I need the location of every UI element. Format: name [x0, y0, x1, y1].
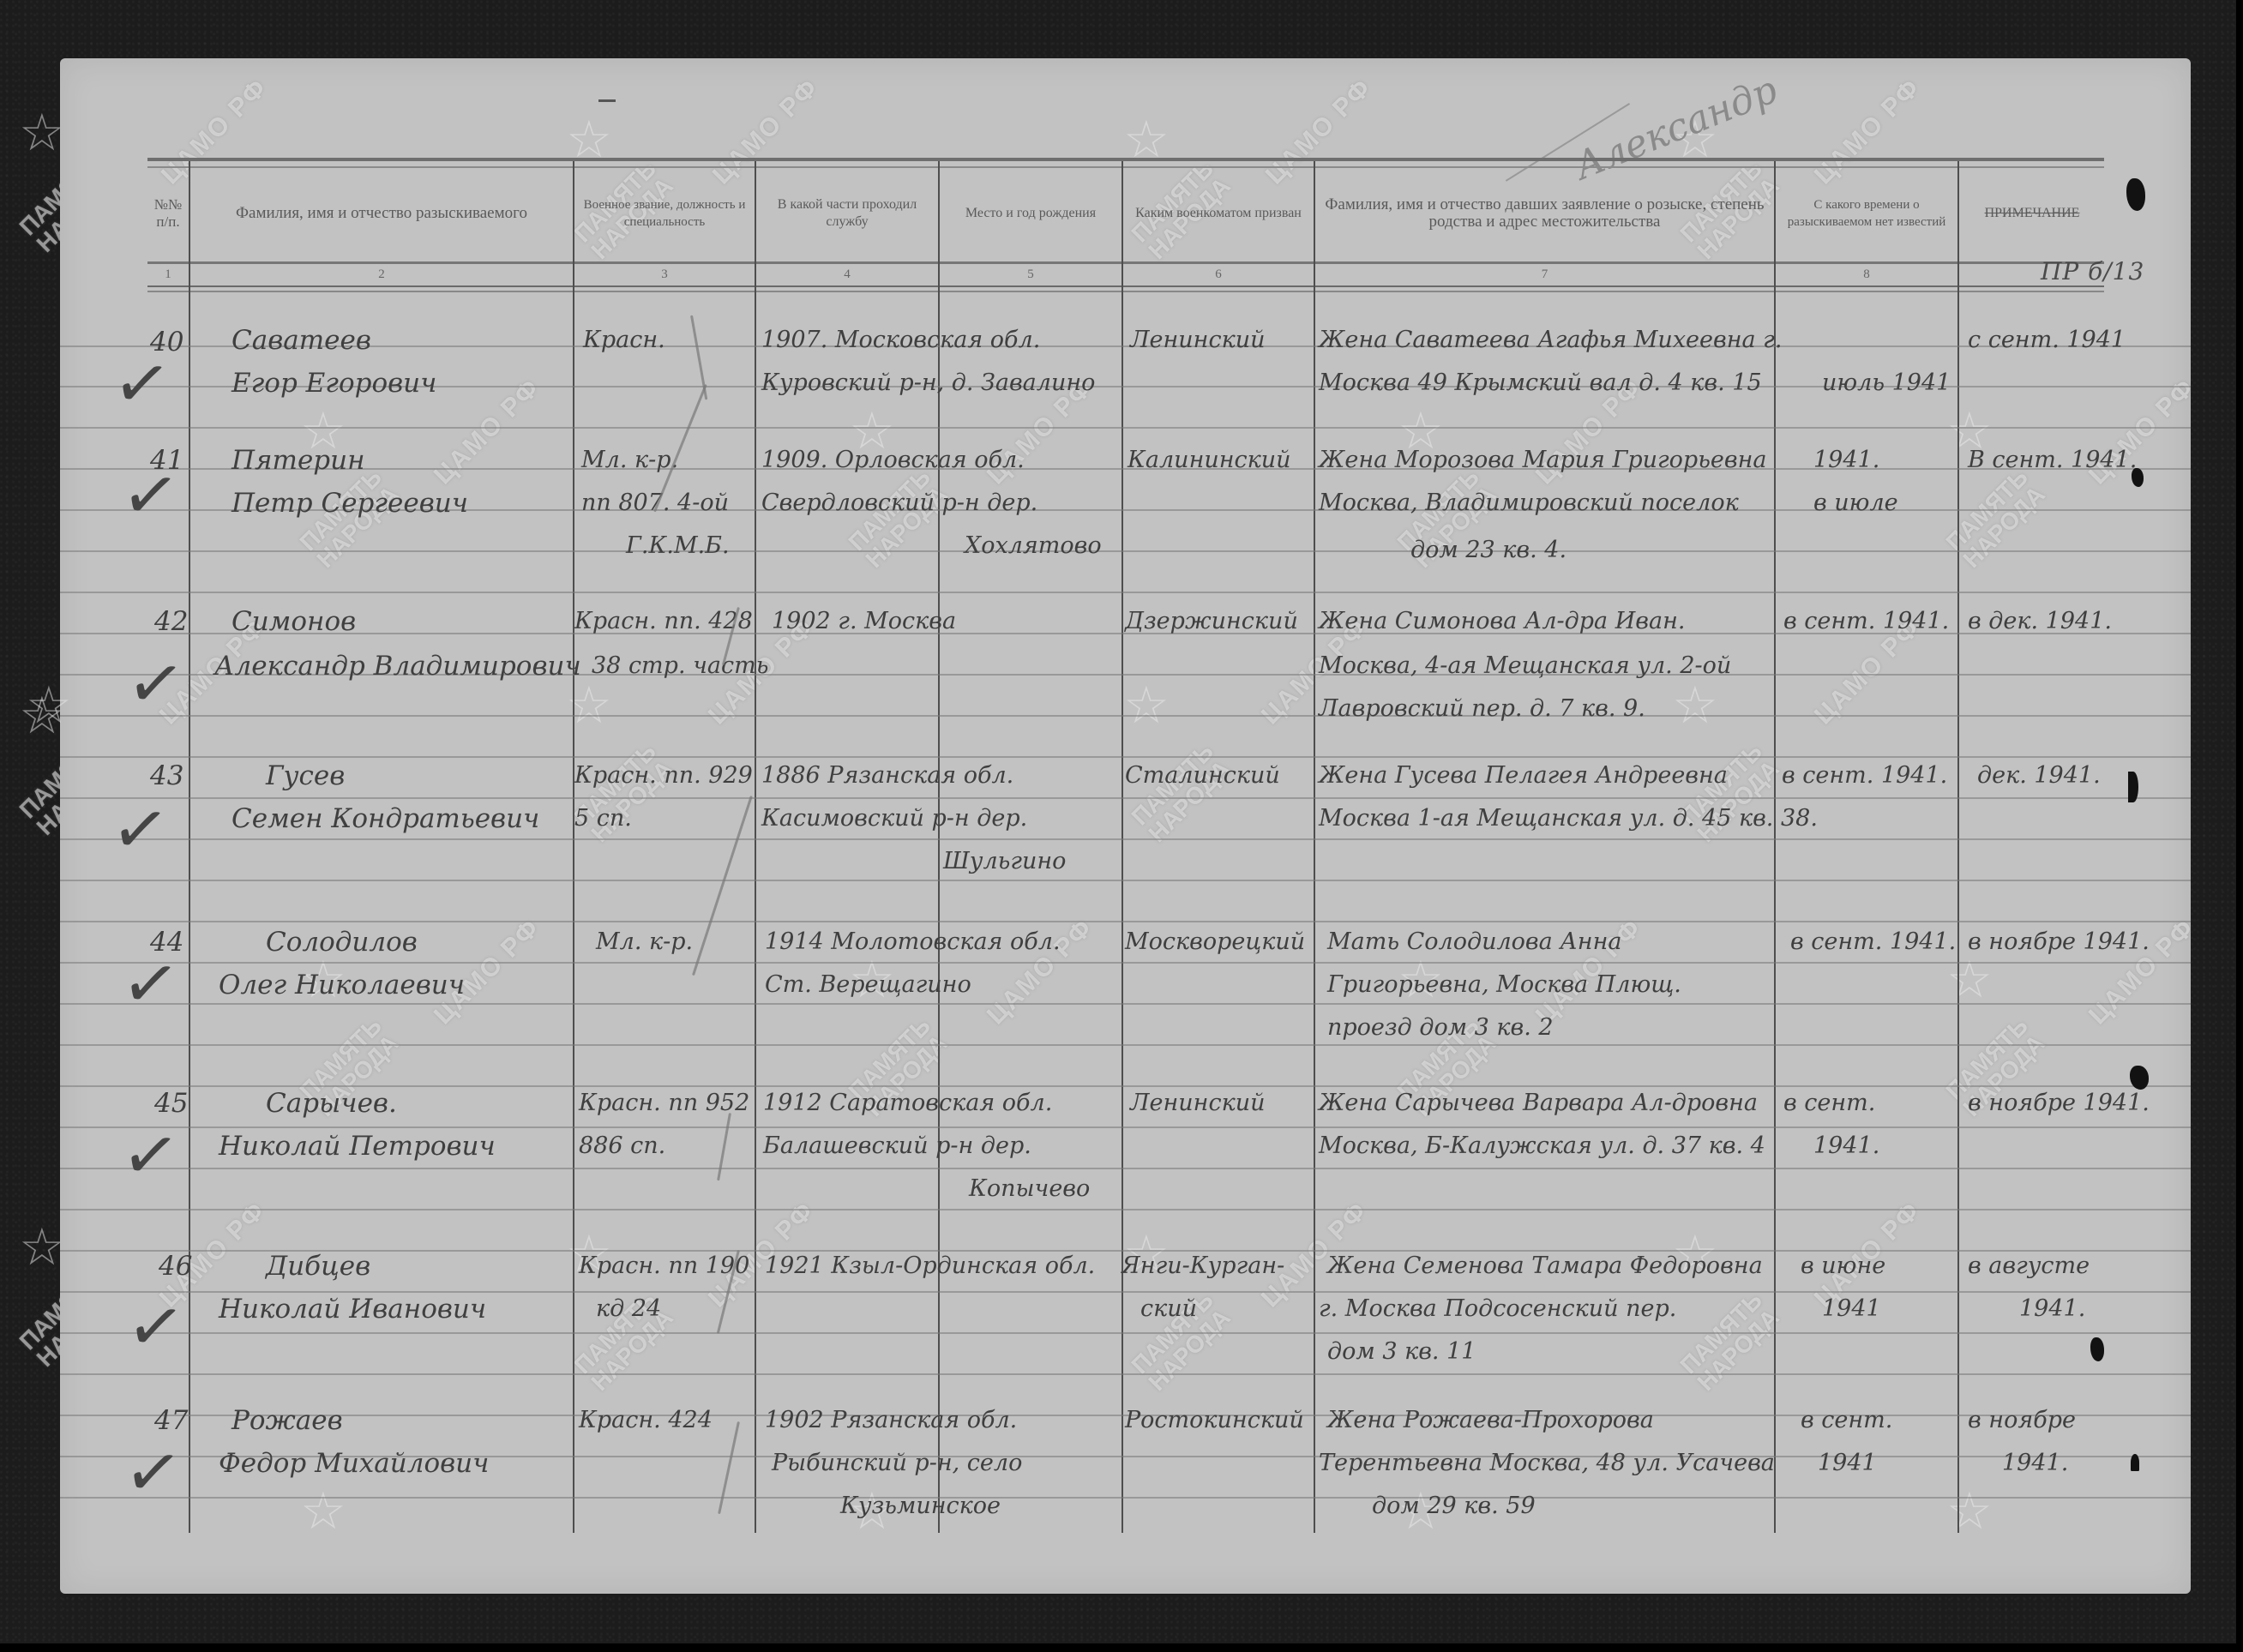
birth-info: Копычево: [969, 1164, 1090, 1214]
soldier-rank: кд 24: [596, 1284, 661, 1334]
birth-info: Кузьминское: [840, 1481, 1001, 1531]
soldier-rank: 886 сп.: [579, 1121, 665, 1171]
column-header-birthplace: Место и год рождения: [940, 168, 1121, 258]
pencil-check-mark: [692, 796, 753, 976]
soldier-given-names: Петр Сергеевич: [232, 478, 468, 528]
soldier-given-names: Николай Иванович: [219, 1284, 486, 1334]
checkmark-icon: ✓: [123, 1289, 189, 1366]
voenkomat: Москворецкий: [1125, 917, 1305, 967]
applicant-info: Москва 1-ая Мещанская ул. д. 45 кв. 38.: [1319, 794, 1818, 844]
checkmark-icon: ✓: [107, 792, 174, 868]
remark: в дек. 1941.: [1968, 597, 2112, 646]
star-watermark-icon: ☆: [1946, 1481, 1993, 1541]
soldier-surname: Симонов: [232, 597, 356, 646]
applicant-info: проезд дом 3 кв. 2: [1327, 1003, 1554, 1053]
watermark-pamyat: ПАМЯТЬНАРОДА: [1676, 1288, 1783, 1395]
soldier-rank: 5 сп.: [574, 794, 632, 844]
applicant-info: Лавровский пер. д. 7 кв. 9.: [1319, 684, 1645, 734]
column-divider: [755, 161, 756, 1533]
pen-mark: [598, 99, 616, 102]
no-news-since: в июле: [1813, 478, 1898, 528]
column-header-name: Фамилия, имя и отчество разыскиваемого: [190, 168, 573, 258]
column-header-rank: Военное звание, должность и специальност…: [574, 168, 755, 258]
remark: в ноябре 1941.: [1968, 917, 2150, 967]
no-news-since: в сент. 1941.: [1790, 917, 1956, 967]
soldier-given-names: Федор Михайлович: [219, 1439, 489, 1488]
column-number: 2: [190, 267, 573, 285]
voenkomat: ский: [1140, 1284, 1197, 1334]
document-page: ЦАМО РФ ЦАМО РФ ЦАМО РФ ЦАМО РФ ☆ ПАМЯТЬ…: [60, 58, 2191, 1594]
column-divider: [1957, 161, 1959, 1533]
column-header-remarks: ПРИМЕЧАНИЕ: [1959, 168, 2105, 258]
column-header-voenkomat: Каким военкоматом призван: [1123, 168, 1314, 258]
paper-damage: [2090, 1337, 2104, 1361]
column-number: 3: [574, 267, 755, 285]
column-number: 5: [940, 267, 1121, 285]
no-news-since: 1941: [1822, 1284, 1881, 1334]
applicant-info: дом 3 кв. 11: [1327, 1327, 1476, 1377]
remark: В сент. 1941.: [1968, 436, 2137, 485]
column-header-unit: В какой части проходил службу: [756, 168, 938, 258]
voenkomat: Ленинский: [1130, 1078, 1266, 1128]
checkmark-icon: ✓: [117, 1118, 184, 1194]
row-number: 42: [154, 597, 188, 646]
column-divider: [1121, 161, 1123, 1533]
applicant-info: дом 23 кв. 4.: [1410, 526, 1566, 575]
column-number: 1: [147, 267, 189, 285]
paper-damage: [2126, 178, 2145, 211]
column-divider: [573, 161, 574, 1533]
ruled-line: [60, 345, 2191, 347]
soldier-rank: Красн. пп. 428: [574, 597, 753, 646]
remark: дек. 1941.: [1977, 751, 2101, 801]
voenkomat: Дзержинский: [1125, 597, 1298, 646]
column-divider: [1314, 161, 1315, 1533]
soldier-given-names: Николай Петрович: [219, 1121, 496, 1171]
remark: 1941.: [2002, 1439, 2068, 1488]
applicant-info: Москва, Владимировский поселок: [1319, 478, 1739, 528]
no-news-since: 1941: [1818, 1439, 1877, 1488]
ruled-line: [60, 427, 2191, 429]
voenkomat: Ростокинский: [1125, 1396, 1304, 1445]
no-news-since: 1941.: [1813, 1121, 1879, 1171]
birth-info: 1921 Кзыл-Ординская обл.: [765, 1241, 1095, 1291]
remark: с сент. 1941: [1968, 315, 2126, 365]
remark: 1941.: [2019, 1284, 2085, 1334]
ruled-line: [60, 715, 2191, 717]
ruled-line: [60, 592, 2191, 593]
soldier-rank: Красн.: [583, 315, 665, 365]
column-divider: [1774, 161, 1776, 1533]
star-watermark-icon: ☆: [300, 1481, 346, 1541]
ruled-line: [60, 1497, 2191, 1499]
ruled-line: [60, 1373, 2191, 1375]
paper-damage: [2128, 772, 2138, 802]
soldier-given-names: Александр Владимирович: [214, 641, 581, 691]
column-header-number: №№ п/п.: [147, 168, 189, 258]
birth-info: Шульгино: [943, 837, 1066, 886]
soldier-rank: Г.К.М.Б.: [626, 521, 730, 571]
birth-info: 1902 г. Москва: [772, 597, 956, 646]
paper-damage: [2130, 1066, 2149, 1090]
scan-edge-right: [2236, 0, 2243, 1652]
no-news-since: в сент. 1941.: [1783, 597, 1949, 646]
applicant-info: дом 29 кв. 59: [1372, 1481, 1536, 1531]
header-bottom-rule: [147, 285, 2104, 292]
remark: в ноябре 1941.: [1968, 1078, 2150, 1128]
no-news-since: в сент. 1941.: [1782, 751, 1947, 801]
watermark-camo: ЦАМО РФ: [429, 373, 546, 490]
voenkomat: Калининский: [1128, 436, 1291, 485]
star-watermark-icon: ☆: [1123, 676, 1170, 736]
column-header-no-news-since: С какого времени о разыскиваемом нет изв…: [1776, 168, 1957, 258]
applicant-info: Москва, Б-Калужская ул. д. 37 кв. 4: [1319, 1121, 1765, 1171]
applicant-info: Москва 49 Крымский вал д. 4 кв. 15: [1319, 358, 1762, 408]
paper-damage: [2132, 468, 2144, 487]
voenkomat: Сталинский: [1125, 751, 1280, 801]
checkmark-icon: ✓: [123, 646, 189, 723]
birth-info: Ст. Верещагино: [765, 960, 971, 1010]
pencil-check-mark: [718, 1421, 740, 1514]
row-number: 46: [159, 1241, 192, 1291]
checkmark-icon: ✓: [120, 1435, 187, 1511]
column-header-applicant: Фамилия, имя и отчество давших заявление…: [1315, 168, 1774, 258]
table-top-rule: [147, 158, 2104, 168]
checkmark-icon: ✓: [117, 946, 184, 1023]
column-number: 6: [1123, 267, 1314, 285]
header-divider: [147, 261, 2104, 264]
archive-code: ПР б/13: [2041, 257, 2144, 285]
soldier-rank: Мл. к-р.: [596, 917, 693, 967]
ruled-line: [60, 880, 2191, 881]
paper-damage: [2131, 1454, 2139, 1471]
no-news-since: июль 1941: [1822, 358, 1951, 408]
applicant-info: Жена Симонова Ал-дра Иван.: [1319, 597, 1685, 646]
soldier-rank: Красн. 424: [579, 1396, 713, 1445]
ruled-line: [60, 1209, 2191, 1210]
ruled-line: [60, 550, 2191, 552]
birth-info: Куровский р-н, д. Завалино: [761, 358, 1095, 408]
soldier-given-names: Семен Кондратьевич: [232, 794, 539, 844]
column-number: 8: [1776, 267, 1957, 285]
soldier-rank: 38 стр. часть: [592, 641, 768, 691]
checkmark-icon: ✓: [109, 346, 176, 423]
voenkomat: Ленинский: [1130, 315, 1266, 365]
soldier-given-names: Егор Егорович: [232, 358, 436, 408]
column-divider: [189, 161, 190, 1533]
column-number: 4: [756, 267, 938, 285]
checkmark-icon: ✓: [117, 458, 184, 534]
column-number: 7: [1315, 267, 1774, 285]
scan-edge-bottom: [0, 1643, 2243, 1652]
ruled-line: [60, 1044, 2191, 1046]
birth-info: Хохлятово: [965, 521, 1102, 571]
soldier-given-names: Олег Николаевич: [219, 960, 465, 1010]
